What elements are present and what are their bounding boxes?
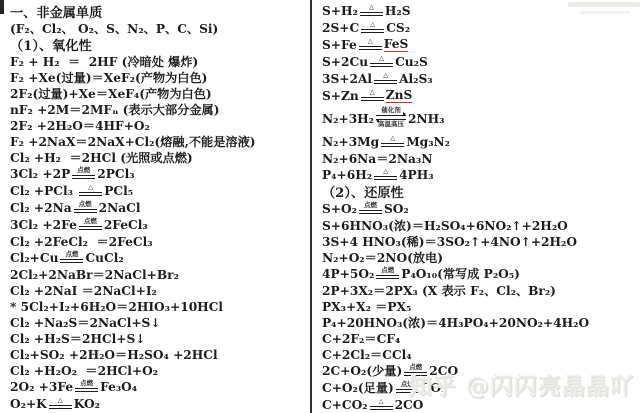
formula-text: Cl₂ +H₂S＝2HCl+S↓ bbox=[10, 330, 146, 347]
formula-text: Cl₂+SO₂ +2H₂O＝H₂SO₄ +2HCl bbox=[10, 346, 218, 363]
condition-label: △ bbox=[383, 72, 388, 79]
formula-text: 2NaCl bbox=[99, 201, 141, 215]
double-equals-line bbox=[60, 259, 83, 263]
double-equals-line bbox=[359, 46, 382, 50]
equation-row: Cl₂ +2NaI ＝2NaCl+I₂ bbox=[10, 282, 306, 298]
double-equals-line bbox=[361, 29, 384, 33]
formula-text: C+O₂(足量) bbox=[322, 379, 394, 396]
formula-text: 4PH₃ bbox=[399, 168, 434, 182]
formula-text: N₂+3Mg bbox=[322, 135, 379, 149]
equation-row: F₂ +2NaX＝2NaX+Cl₂(熔融,不能是溶液) bbox=[10, 133, 306, 149]
reaction-condition-over-equals: △ bbox=[360, 4, 383, 16]
equation-row: PX₃+X₂ ＝PX₅ bbox=[322, 298, 638, 314]
equation-row: 3S+2Al△Al₂S₃ bbox=[322, 70, 638, 87]
equation-row: 2O₂ +3Fe点燃Fe₃O₄ bbox=[10, 378, 306, 395]
reaction-condition-over-equals: 点燃 bbox=[72, 167, 95, 179]
equation-row: 3S+4 HNO₃(稀)＝3SO₂↑+4NO↑+2H₂O bbox=[322, 233, 638, 249]
formula-text: * 5Cl₂+I₂+6H₂O＝2HIO₃+10HCl bbox=[10, 298, 223, 315]
formula-text: (F₂、Cl₂、 O₂、S、N₂、P、C、Si) bbox=[10, 20, 218, 37]
equation-row: 3Cl₂ +2P点燃2PCl₃ bbox=[10, 165, 306, 182]
condition-label: △ bbox=[390, 135, 395, 142]
formula-text: （2）、还原性 bbox=[322, 182, 404, 201]
formula-text: N₂+6Na＝2Na₃N bbox=[322, 150, 432, 167]
equation-row: N₂+3H₂催化剂高温高压2NH₃ bbox=[322, 106, 638, 131]
formula-text-red-underline: FeS bbox=[384, 37, 409, 53]
double-equals-line bbox=[79, 226, 102, 230]
condition-label: △ bbox=[368, 38, 373, 45]
equation-row: 4P+5O₂点燃P₄O₁₀(常写成 P₂O₅) bbox=[322, 265, 638, 282]
watermark: 知乎 @闪闪亮晶晶吖 bbox=[409, 368, 634, 401]
double-equals-line bbox=[359, 210, 382, 214]
double-equals-line bbox=[374, 176, 397, 180]
formula-text: O₂+K bbox=[10, 397, 47, 411]
formula-text: Cl₂ +2Na bbox=[10, 201, 72, 215]
condition-label: △ bbox=[370, 89, 375, 96]
equation-row: P₄+6H₂△4PH₃ bbox=[322, 166, 638, 183]
formula-text: S+Fe bbox=[322, 38, 357, 52]
equation-row: Cl₂+SO₂ +2H₂O＝H₂SO₄ +2HCl bbox=[10, 346, 306, 362]
top-right-smudge-2 bbox=[580, 11, 630, 14]
formula-text: 2NH₃ bbox=[408, 112, 444, 126]
formula-text: （1）、氧化性 bbox=[10, 35, 92, 54]
equation-row: Cl₂ +2FeCl₂ ＝2FeCl₃ bbox=[10, 233, 306, 249]
formula-text: Cl₂+Cu bbox=[10, 251, 58, 265]
double-equals-line bbox=[72, 175, 95, 179]
formula-text: C+2Cl₂＝CCl₄ bbox=[322, 346, 412, 363]
equation-row: 2Cl₂+2NaBr＝2NaCl+Br₂ bbox=[10, 266, 306, 282]
condition-label: 点燃 bbox=[364, 202, 377, 209]
reaction-condition-over-equals: △ bbox=[370, 55, 393, 67]
double-equals-line bbox=[381, 143, 404, 147]
formula-text: Cl₂ +PCl₃ bbox=[10, 184, 77, 198]
equation-row: Cl₂ +2Na点燃2NaCl bbox=[10, 199, 306, 216]
formula-text: nF₂ +2M＝2MFₙ (表示大部分金属) bbox=[10, 101, 220, 118]
equation-row: S+O₂点燃SO₂ bbox=[322, 200, 638, 217]
column-divider bbox=[310, 0, 312, 413]
equation-row: N₂+3Mg△Mg₃N₂ bbox=[322, 133, 638, 150]
formula-text-red-underline: ZnS bbox=[386, 88, 413, 104]
double-equals-line bbox=[370, 406, 393, 410]
equation-row: 2S+C△CS₂ bbox=[322, 19, 638, 36]
double-equals-line bbox=[370, 63, 393, 67]
corner-mark bbox=[0, 0, 4, 14]
double-equals-line bbox=[376, 275, 399, 279]
formula-text: P₄O₁₀(常写成 P₂O₅) bbox=[401, 265, 520, 282]
double-equals-line bbox=[361, 97, 384, 101]
equation-row: F₂ +Xe(过量)＝XeF₂(产物为白色) bbox=[10, 69, 306, 85]
equation-row: O₂+K△KO₂ bbox=[10, 395, 306, 412]
section-heading: 一、非金属单质 bbox=[10, 3, 306, 20]
formula-text: N₂+O₂＝2NO(放电) bbox=[322, 249, 443, 266]
double-equals-line bbox=[374, 80, 397, 84]
formula-text: 2Cl₂+2NaBr＝2NaCl+Br₂ bbox=[10, 266, 179, 283]
formula-text: 一、非金属单质 bbox=[10, 2, 102, 21]
reversible-arrows bbox=[376, 115, 406, 120]
condition-label: 点燃 bbox=[79, 201, 92, 208]
reaction-condition-over-equals: 点燃 bbox=[60, 251, 83, 263]
condition-label: △ bbox=[383, 168, 388, 175]
formula-text: 3S+2Al bbox=[322, 72, 372, 86]
reversible-reaction-condition: 催化剂高温高压 bbox=[376, 107, 406, 128]
formula-text: Cl₂ +H₂O₂ ＝2HCl+O₂ bbox=[10, 362, 158, 379]
reaction-condition-over-equals: △ bbox=[374, 72, 397, 84]
condition-label: △ bbox=[369, 4, 374, 11]
formula-text: 3S+4 HNO₃(稀)＝3SO₂↑+4NO↑+2H₂O bbox=[322, 233, 577, 250]
formula-text: F₂ +2NaX＝2NaX+Cl₂(熔融,不能是溶液) bbox=[10, 133, 256, 150]
reaction-condition-over-equals: 点燃 bbox=[75, 380, 98, 392]
condition-label: △ bbox=[370, 21, 375, 28]
double-equals-line bbox=[79, 192, 102, 196]
formula-text: 2FeCl₃ bbox=[104, 218, 148, 232]
reaction-condition-over-equals: △ bbox=[374, 168, 397, 180]
formula-text: N₂+3H₂ bbox=[322, 112, 374, 126]
condition-label: 高温高压 bbox=[378, 121, 404, 128]
reaction-condition-over-equals: △ bbox=[79, 184, 102, 196]
condition-label: 点燃 bbox=[65, 251, 78, 258]
formula-text: S+H₂ bbox=[322, 4, 358, 18]
reaction-condition-over-equals: 点燃 bbox=[74, 201, 97, 213]
reaction-condition-over-equals: 点燃 bbox=[376, 267, 399, 279]
equation-row: N₂+6Na＝2Na₃N bbox=[322, 150, 638, 166]
condition-label: △ bbox=[379, 55, 384, 62]
condition-label: △ bbox=[58, 397, 63, 404]
formula-text: KO₂ bbox=[74, 397, 100, 411]
formula-text: Cl₂ +Na₂S＝2NaCl+S↓ bbox=[10, 314, 161, 331]
formula-text: 3Cl₂ +2P bbox=[10, 167, 70, 181]
equation-row: S+2Cu△Cu₂S bbox=[322, 53, 638, 70]
equation-row: * 5Cl₂+I₂+6H₂O＝2HIO₃+10HCl bbox=[10, 298, 306, 314]
right-column: S+H₂△H₂S2S+C△CS₂S+Fe△FeSS+2Cu△Cu₂S3S+2Al… bbox=[322, 0, 638, 413]
left-column: 一、非金属单质(F₂、Cl₂、 O₂、S、N₂、P、C、Si)（1）、氧化性F₂… bbox=[10, 0, 306, 412]
equation-row: C+2F₂＝CF₄ bbox=[322, 330, 638, 346]
reaction-condition-over-equals: △ bbox=[361, 21, 384, 33]
reaction-condition-over-equals: △ bbox=[381, 135, 404, 147]
formula-text: SO₂ bbox=[384, 202, 409, 216]
reaction-condition-over-equals: △ bbox=[370, 398, 393, 410]
formula-text: Cu₂S bbox=[395, 55, 428, 69]
formula-text: S+2Cu bbox=[322, 55, 368, 69]
equation-row: C+2Cl₂＝CCl₄ bbox=[322, 346, 638, 362]
equation-row: 2F₂(过量)+Xe＝XeF₄(产物为白色) bbox=[10, 85, 306, 101]
formula-text: C+CO₂ bbox=[322, 398, 368, 412]
formula-text: C+2F₂＝CF₄ bbox=[322, 330, 400, 347]
formula-text: P₄+20HNO₃(浓)＝4H₃PO₄+20NO₂+4H₂O bbox=[322, 314, 589, 331]
equation-row: F₂ + H₂ ＝ 2HF (冷暗处 爆炸) bbox=[10, 53, 306, 69]
formula-text: S+O₂ bbox=[322, 202, 357, 216]
formula-text: 3Cl₂ +2Fe bbox=[10, 218, 77, 232]
condition-label: 点燃 bbox=[84, 218, 97, 225]
formula-text: 2PCl₃ bbox=[97, 167, 134, 181]
equation-row: 2F₂ +2H₂O＝4HF+O₂ bbox=[10, 117, 306, 133]
equation-row: Cl₂+Cu点燃CuCl₂ bbox=[10, 249, 306, 266]
equation-row: Cl₂ +Na₂S＝2NaCl+S↓ bbox=[10, 314, 306, 330]
reaction-condition-over-equals: 点燃 bbox=[79, 218, 102, 230]
reaction-condition-over-equals: 点燃 bbox=[359, 202, 382, 214]
section-heading: （2）、还原性 bbox=[322, 183, 638, 200]
equation-row: Cl₂ +PCl₃ △PCl₅ bbox=[10, 182, 306, 199]
reaction-condition-over-equals: △ bbox=[49, 397, 72, 409]
double-equals-line bbox=[74, 209, 97, 213]
condition-label: 点燃 bbox=[77, 167, 90, 174]
top-right-smudge bbox=[568, 2, 640, 7]
formula-text: 2F₂ +2H₂O＝4HF+O₂ bbox=[10, 117, 150, 134]
condition-label: △ bbox=[88, 184, 93, 191]
formula-text: Cl₂ +2NaI ＝2NaCl+I₂ bbox=[10, 282, 157, 299]
formula-text: CS₂ bbox=[386, 21, 410, 35]
formula-text: CuCl₂ bbox=[85, 251, 123, 265]
equation-row: S+Zn△ZnS bbox=[322, 87, 638, 104]
equation-row: 3Cl₂ +2Fe点燃2FeCl₃ bbox=[10, 216, 306, 233]
formula-text: 2C+O₂(少量) bbox=[322, 362, 402, 379]
condition-label: 点燃 bbox=[381, 267, 394, 274]
condition-label: 点燃 bbox=[80, 380, 93, 387]
formula-text: F₂ + H₂ ＝ 2HF (冷暗处 爆炸) bbox=[10, 53, 198, 70]
section-heading: （1）、氧化性 bbox=[10, 36, 306, 53]
reaction-condition-over-equals: △ bbox=[361, 89, 384, 101]
condition-label: 催化剂 bbox=[381, 107, 401, 114]
equation-row: Cl₂ +H₂ ＝2HCl (光照或点燃) bbox=[10, 149, 306, 165]
equation-row: N₂+O₂＝2NO(放电) bbox=[322, 249, 638, 265]
formula-text: 2F₂(过量)+Xe＝XeF₄(产物为白色) bbox=[10, 85, 212, 102]
formula-text: 2S+C bbox=[322, 21, 359, 35]
formula-text: 4P+5O₂ bbox=[322, 267, 374, 281]
equation-row: Cl₂ +H₂S＝2HCl+S↓ bbox=[10, 330, 306, 346]
formula-text: 2P+3X₂＝2PX₃ (X 表示 F₂、Cl₂、Br₂) bbox=[322, 282, 556, 299]
formula-text: F₂ +Xe(过量)＝XeF₂(产物为白色) bbox=[10, 69, 207, 86]
formula-text: 2O₂ +3Fe bbox=[10, 380, 73, 394]
reaction-condition-over-equals: △ bbox=[359, 38, 382, 50]
formula-text: Mg₃N₂ bbox=[406, 135, 450, 149]
equation-row: S+Fe△FeS bbox=[322, 36, 638, 53]
double-equals-line bbox=[75, 388, 98, 392]
formula-text: Fe₃O₄ bbox=[100, 380, 137, 394]
formula-text: S+6HNO₃(浓)＝H₂SO₄+6NO₂↑+2H₂O bbox=[322, 217, 568, 234]
equation-row: P₄+20HNO₃(浓)＝4H₃PO₄+20NO₂+4H₂O bbox=[322, 314, 638, 330]
equation-row: S+6HNO₃(浓)＝H₂SO₄+6NO₂↑+2H₂O bbox=[322, 217, 638, 233]
formula-text: Cl₂ +H₂ ＝2HCl (光照或点燃) bbox=[10, 149, 193, 166]
double-equals-line bbox=[49, 405, 72, 409]
equation-row: (F₂、Cl₂、 O₂、S、N₂、P、C、Si) bbox=[10, 20, 306, 36]
equation-row: nF₂ +2M＝2MFₙ (表示大部分金属) bbox=[10, 101, 306, 117]
formula-text: Al₂S₃ bbox=[399, 72, 433, 86]
equation-row: Cl₂ +H₂O₂ ＝2HCl+O₂ bbox=[10, 362, 306, 378]
formula-text: H₂S bbox=[385, 4, 411, 18]
formula-text: PCl₅ bbox=[104, 184, 133, 198]
formula-text: P₄+6H₂ bbox=[322, 168, 372, 182]
condition-label: △ bbox=[379, 398, 384, 405]
double-equals-line bbox=[360, 12, 383, 16]
formula-text: Cl₂ +2FeCl₂ ＝2FeCl₃ bbox=[10, 233, 153, 250]
formula-text: S+Zn bbox=[322, 89, 359, 103]
formula-text: PX₃+X₂ ＝PX₅ bbox=[322, 298, 411, 315]
equation-row: 2P+3X₂＝2PX₃ (X 表示 F₂、Cl₂、Br₂) bbox=[322, 282, 638, 298]
